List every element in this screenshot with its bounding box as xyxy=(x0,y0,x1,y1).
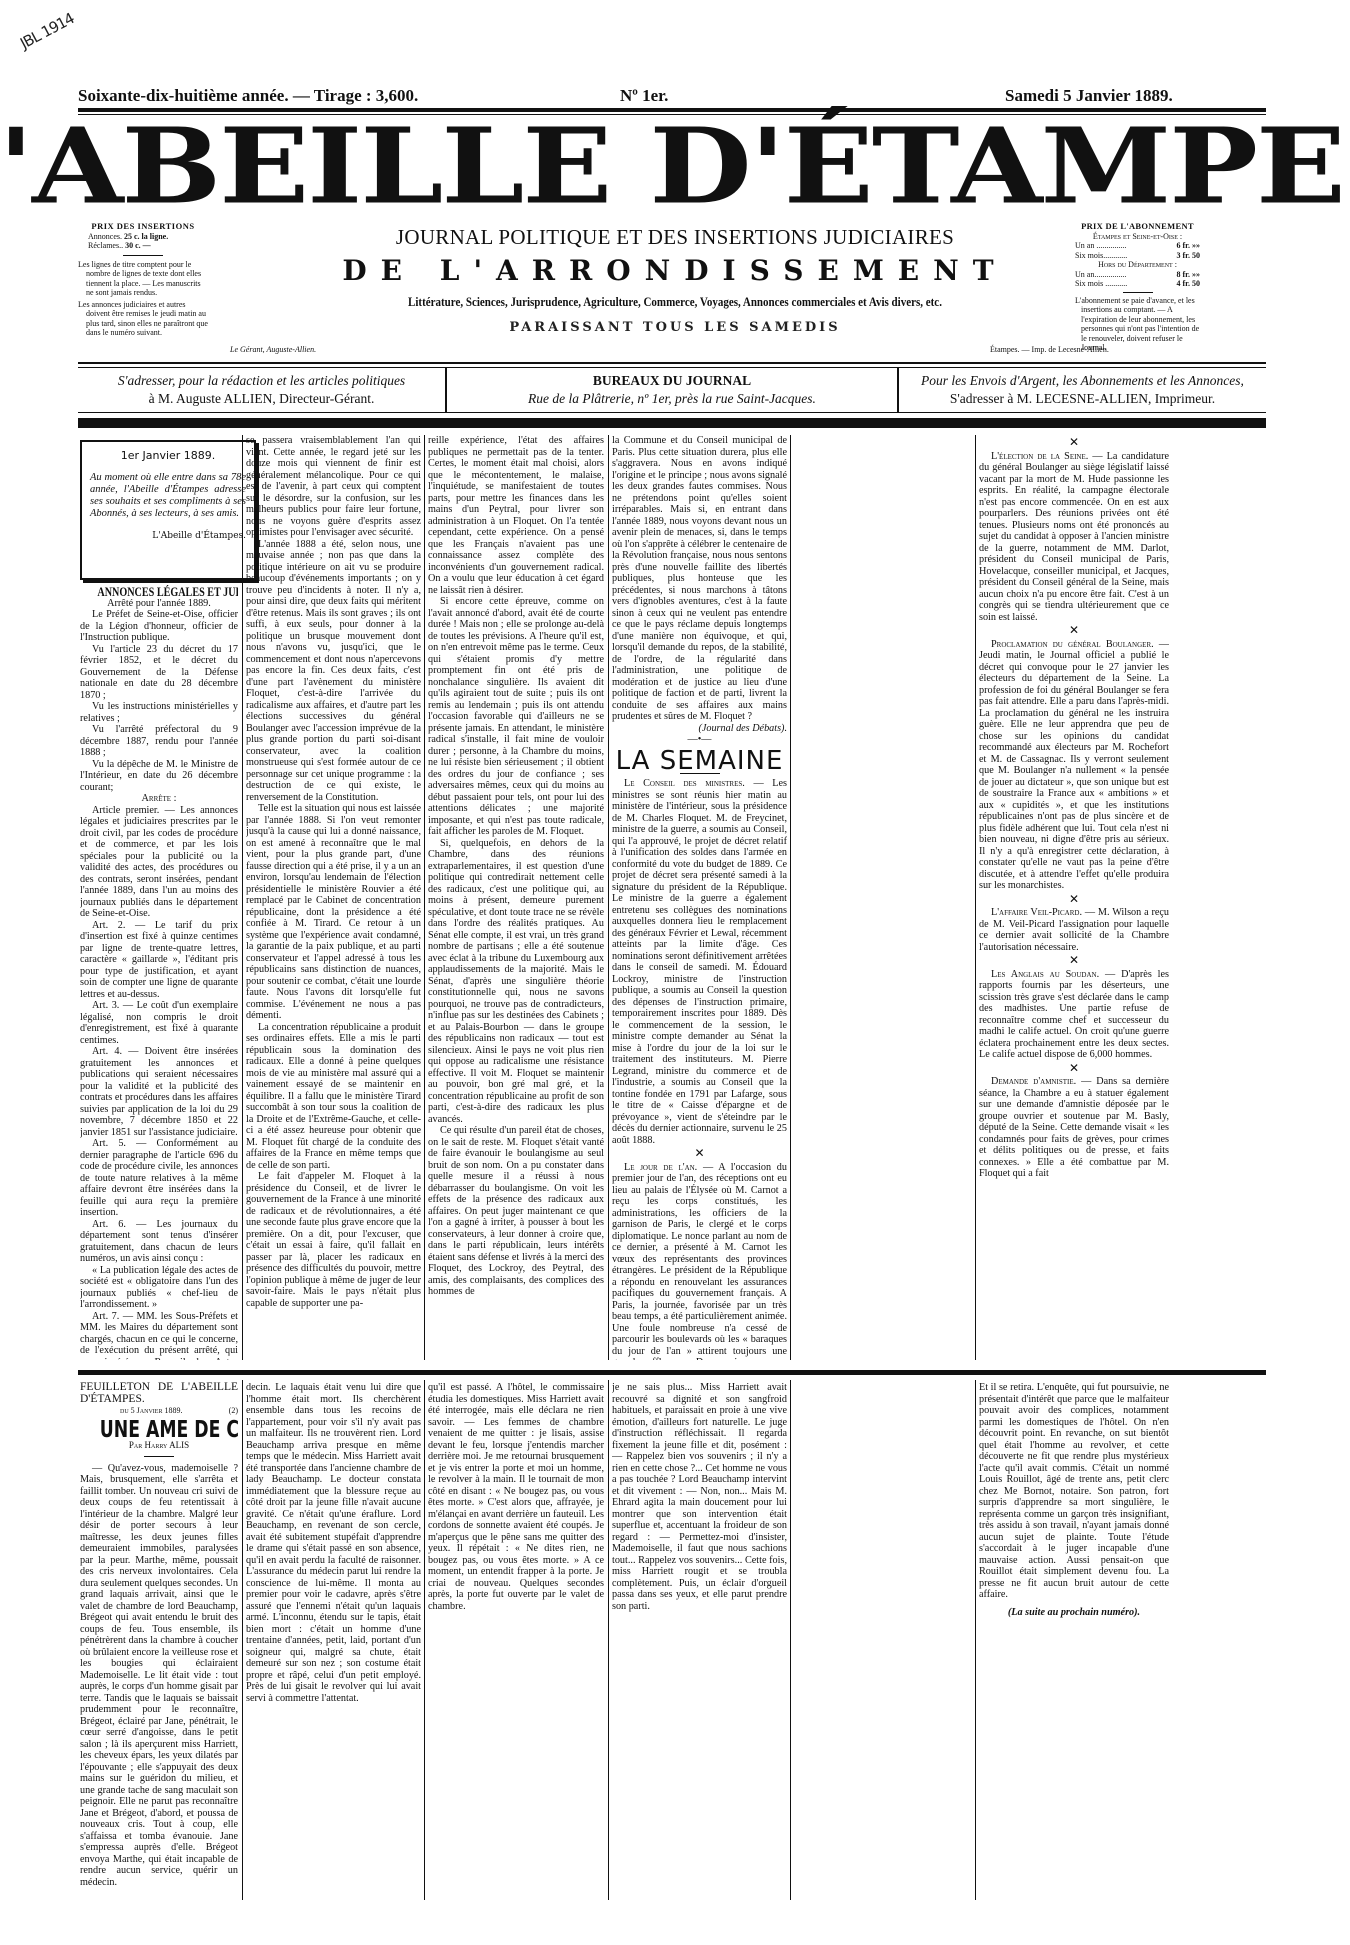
cross-divider-icon: ✕ xyxy=(979,625,1169,637)
article: Art. 6. — Les journaux du département so… xyxy=(80,1219,238,1265)
feuilleton-column-1: FEUILLETON DE L'ABEILLE D'ÉTAMPES. du 5 … xyxy=(80,1382,238,1902)
paragraph: reille expérience, l'état des affaires p… xyxy=(428,435,604,596)
item-lead: Proclamation du général Boulanger. xyxy=(991,639,1154,650)
greeting-date: 1er Janvier 1889. xyxy=(90,450,246,462)
paragraph: La concentration républicaine a produit … xyxy=(246,1022,421,1172)
feuilleton-title: UNE AME DE CE TEMPS xyxy=(100,1425,219,1437)
announcements-title: ANNONCES LÉGALES ET JUDICIAIRES. xyxy=(97,586,220,598)
address-row: S'adresser, pour la rédaction et les art… xyxy=(78,367,1266,413)
paragraph: — Qu'avez-vous, mademoiselle ? Mais, bru… xyxy=(80,1463,238,1889)
feuilleton-subheader: du 5 Janvier 1889. (2) xyxy=(80,1405,238,1417)
cross-divider-icon: ✕ xyxy=(979,894,1169,906)
paragraph: Le fait d'appeler M. Floquet à la présid… xyxy=(246,1171,421,1309)
header-rule xyxy=(78,362,1266,364)
item-text: — La candidature du général Boulanger au… xyxy=(979,451,1169,623)
issue-number: Nº 1er. xyxy=(620,86,668,106)
subscription-title: PRIX DE L'ABONNEMENT xyxy=(1075,222,1200,232)
feuilleton-column-3: qu'il est passé. A l'hôtel, le commissai… xyxy=(428,1382,604,1902)
column-rule xyxy=(242,1380,243,1900)
divider xyxy=(144,1456,174,1457)
column-rule xyxy=(424,1380,425,1900)
year-line: Soixante-dix-huitième année. — Tirage : … xyxy=(78,86,418,106)
price-row: Annonces. 25 c. la ligne. xyxy=(78,232,208,242)
item-lead: Demande d'amnistie. xyxy=(991,1076,1076,1087)
paragraph: Le Préfet de Seine-et-Oise, officier de … xyxy=(80,609,238,644)
column-rule xyxy=(790,1380,791,1900)
article: Art. 2. — Le tarif du prix d'insertion e… xyxy=(80,920,238,1001)
paragraph: Telle est la situation qui nous est lais… xyxy=(246,803,421,1022)
masthead: L'ABEILLE D'ÉTAMPES xyxy=(78,118,1266,215)
paragraph: la Commune et du Conseil municipal de Pa… xyxy=(612,435,787,723)
topics-line: Littérature, Sciences, Jurisprudence, Ag… xyxy=(371,295,978,310)
insertion-note: Les annonces judiciaires et autres doive… xyxy=(78,300,208,338)
column-rule xyxy=(975,1380,976,1900)
feuilleton-header: FEUILLETON DE L'ABEILLE D'ÉTAMPES. xyxy=(80,1382,238,1405)
feuilleton-rule xyxy=(78,1370,1266,1375)
column-rule xyxy=(424,435,425,1360)
article: Art. 5. — Conformément au dernier paragr… xyxy=(80,1138,238,1219)
item-lead: L'affaire Veil-Picard. xyxy=(991,907,1082,918)
column-rule xyxy=(975,435,976,1360)
paragraph: Vu l'article 23 du décret du 17 février … xyxy=(80,644,238,702)
editorial-column-2: se passera vraisemblablement l'an qui vi… xyxy=(246,435,421,1360)
price-row: Six mois............3 fr. 50 xyxy=(1075,251,1200,261)
item-lead: Le jour de l'an. xyxy=(624,1162,697,1173)
paragraph: Vu l'arrêté préfectoral du 9 décembre 18… xyxy=(80,724,238,759)
feuilleton-column-5: Et il se retira. L'enquête, qui fut pour… xyxy=(979,1382,1169,1902)
paragraph: Si encore cette épreuve, comme on l'avai… xyxy=(428,596,604,838)
announcements-column: ANNONCES LÉGALES ET JUDICIAIRES. Arrêté … xyxy=(80,580,238,1360)
paragraph: Vu la dépêche de M. le Ministre de l'Int… xyxy=(80,759,238,794)
bureau-address: BUREAUX DU JOURNAL Rue de la Plâtrerie, … xyxy=(447,368,899,412)
price-row: Un an ...............6 fr. »» xyxy=(1075,241,1200,251)
cross-divider-icon: ✕ xyxy=(612,1148,787,1160)
la-semaine-title: LA SEMAINE xyxy=(612,756,787,768)
item-lead: Les Anglais au Soudan. xyxy=(991,969,1099,980)
item-lead: L'élection de la Seine. xyxy=(991,451,1088,462)
divider xyxy=(1123,292,1153,293)
gerant-line: Le Gérant, Auguste-Allien. xyxy=(230,345,316,354)
paragraph: Et il se retira. L'enquête, qui fut pour… xyxy=(979,1382,1169,1601)
editorial-address: S'adresser, pour la rédaction et les art… xyxy=(78,368,447,412)
masthead-subtitles: JOURNAL POLITIQUE ET DES INSERTIONS JUDI… xyxy=(330,225,1020,335)
feuilleton-column-4: je ne sais plus... Miss Harriett avait r… xyxy=(612,1382,787,1902)
announcements-subtitle: Arrêté pour l'année 1889. xyxy=(80,598,238,610)
editorial-column-4: la Commune et du Conseil municipal de Pa… xyxy=(612,435,787,1360)
source-credit: (Journal des Débats). xyxy=(612,723,787,735)
subscription-prices: PRIX DE L'ABONNEMENT Étampes et Seine-et… xyxy=(1075,222,1200,355)
insertion-prices: PRIX DES INSERTIONS Annonces. 25 c. la l… xyxy=(78,222,208,340)
divider: —•— xyxy=(612,734,787,746)
printer-address: Pour les Envois d'Argent, les Abonnement… xyxy=(899,368,1266,412)
archive-mark: JBL 1914 xyxy=(17,9,77,52)
article: Art. 3. — Le coût d'un exemplaire légali… xyxy=(80,1000,238,1046)
article: Art. 4. — Doivent être insérées gratuite… xyxy=(80,1046,238,1138)
paragraph: Si, quelquefois, en dehors de la Chambre… xyxy=(428,838,604,1126)
price-row: Réclames.. 30 c. — xyxy=(78,241,208,251)
paragraph: Vu les instructions ministérielles y rel… xyxy=(80,701,238,724)
column-rule xyxy=(608,1380,609,1900)
la-semaine-column-2: ✕ L'élection de la Seine. — La candidatu… xyxy=(979,435,1169,1360)
paragraph: L'année 1888 a été, selon nous, une mauv… xyxy=(246,539,421,804)
subtitle-arrondissement: DE L'ARRONDISSEMENT xyxy=(330,254,1020,287)
frequency-line: PARAISSANT TOUS LES SAMEDIS xyxy=(330,320,1020,335)
item-text: — A l'occasion du premier jour de l'an, … xyxy=(612,1162,787,1361)
article: Art. 7. — MM. les Sous-Préfets et MM. le… xyxy=(80,1311,238,1361)
item-lead: Le Conseil des ministres. xyxy=(624,778,745,789)
paragraph: Ce qui résulte d'un pareil état de chose… xyxy=(428,1125,604,1298)
continuation-note: (La suite au prochain numéro). xyxy=(979,1607,1169,1619)
price-row: Six mois ...........4 fr. 50 xyxy=(1075,279,1200,289)
editorial-column-3: reille expérience, l'état des affaires p… xyxy=(428,435,604,1360)
article: Article premier. — Les annonces légales … xyxy=(80,805,238,920)
insertion-note: Les lignes de titre comptent pour le nom… xyxy=(78,260,208,298)
greeting-signature: L'Abeille d'Étampes. xyxy=(90,530,246,542)
zone-label: Étampes et Seine-et-Oise : xyxy=(1075,232,1200,242)
item-text: — Les ministres se sont réunis hier mati… xyxy=(612,778,787,1146)
paragraph: decin. Le laquais était venu lui dire qu… xyxy=(246,1382,421,1704)
new-year-greeting: 1er Janvier 1889. Au moment où elle entr… xyxy=(80,440,256,580)
paragraph: se passera vraisemblablement l'an qui vi… xyxy=(246,435,421,539)
issue-date: Samedi 5 Janvier 1889. xyxy=(1005,86,1173,106)
divider xyxy=(123,255,163,256)
item-text: — Dans sa dernière séance, la Chambre a … xyxy=(979,1076,1169,1179)
greeting-message: Au moment où elle entre dans sa 78e anné… xyxy=(90,472,246,520)
price-row: Un an................8 fr. »» xyxy=(1075,270,1200,280)
cross-divider-icon: ✕ xyxy=(979,1063,1169,1075)
cross-divider-icon: ✕ xyxy=(979,437,1169,449)
subscription-note: L'abonnement se paie d'avance, et les in… xyxy=(1075,296,1200,353)
item-text: — D'après les rapports fournis par les d… xyxy=(979,969,1169,1061)
paragraph: je ne sais plus... Miss Harriett avait r… xyxy=(612,1382,787,1612)
paragraph: qu'il est passé. A l'hôtel, le commissai… xyxy=(428,1382,604,1612)
subtitle: JOURNAL POLITIQUE ET DES INSERTIONS JUDI… xyxy=(330,225,1020,250)
item-text: — Jeudi matin, le Journal officiel a pub… xyxy=(979,639,1169,892)
arrete-label: Arrête : xyxy=(80,793,238,805)
feuilleton-column-2: decin. Le laquais était venu lui dire qu… xyxy=(246,1382,421,1902)
article: « La publication légale des actes de soc… xyxy=(80,1265,238,1311)
insertion-prices-title: PRIX DES INSERTIONS xyxy=(78,222,208,232)
cross-divider-icon: ✕ xyxy=(979,955,1169,967)
column-rule xyxy=(790,435,791,1360)
black-rule xyxy=(78,418,1266,428)
column-rule xyxy=(608,435,609,1360)
zone-label: Hors du Département : xyxy=(1075,260,1200,270)
